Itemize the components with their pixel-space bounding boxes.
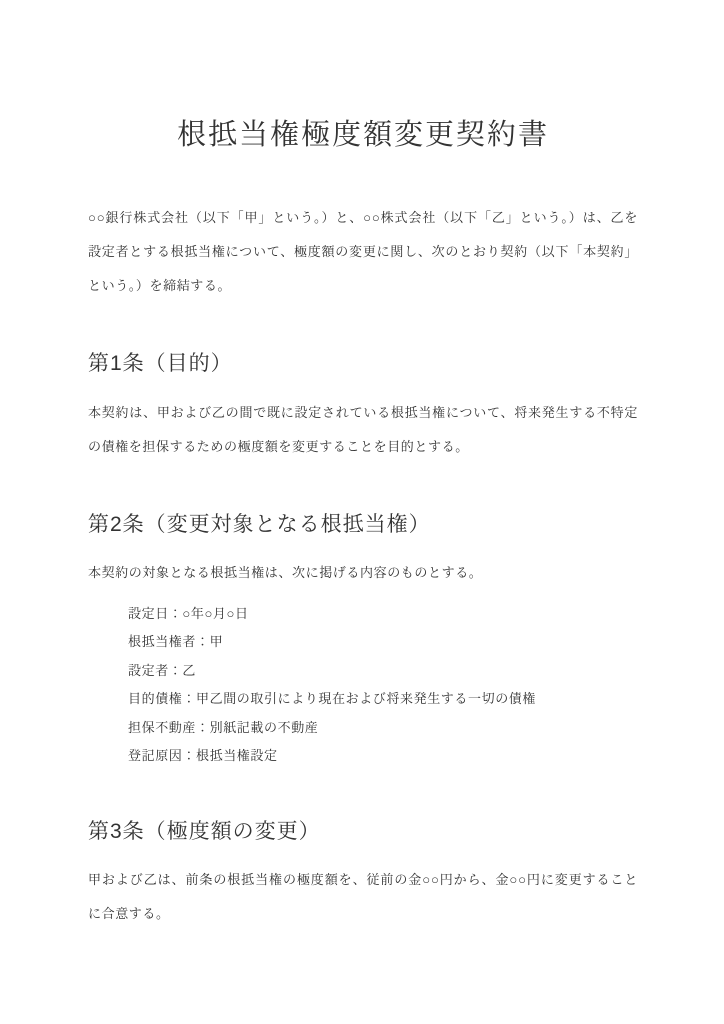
detail-item-mortgagee: 根抵当権者：甲	[128, 628, 638, 657]
document-page: 根抵当権極度額変更契約書 ○○銀行株式会社（以下「甲」という。）と、○○株式会社…	[0, 0, 724, 1024]
mortgage-details-list: 設定日：○年○月○日 根抵当権者：甲 設定者：乙 目的債権：甲乙間の取引により現…	[128, 600, 638, 771]
article-3-body: 甲および乙は、前条の根抵当権の極度額を、従前の金○○円から、金○○円に変更するこ…	[88, 863, 638, 931]
article-2-body: 本契約の対象となる根抵当権は、次に掲げる内容のものとする。	[88, 556, 638, 590]
detail-item-settlor: 設定者：乙	[128, 657, 638, 686]
detail-item-setting-date: 設定日：○年○月○日	[128, 600, 638, 629]
document-title: 根抵当権極度額変更契約書	[88, 116, 638, 155]
article-3-heading: 第3条（極度額の変更）	[88, 817, 638, 846]
intro-paragraph: ○○銀行株式会社（以下「甲」という。）と、○○株式会社（以下「乙」という。）は、…	[88, 201, 638, 303]
section-article-3: 第3条（極度額の変更） 甲および乙は、前条の根抵当権の極度額を、従前の金○○円か…	[88, 817, 638, 931]
section-article-1: 第1条（目的） 本契約は、甲および乙の間で既に設定されている根抵当権について、将…	[88, 349, 638, 463]
detail-item-collateral-property: 担保不動産：別紙記載の不動産	[128, 714, 638, 743]
detail-item-registration-cause: 登記原因：根抵当権設定	[128, 742, 638, 771]
article-1-body: 本契約は、甲および乙の間で既に設定されている根抵当権について、将来発生する不特定…	[88, 396, 638, 464]
section-article-2: 第2条（変更対象となる根抵当権） 本契約の対象となる根抵当権は、次に掲げる内容の…	[88, 510, 638, 771]
article-2-heading: 第2条（変更対象となる根抵当権）	[88, 510, 638, 539]
detail-item-secured-claims: 目的債権：甲乙間の取引により現在および将来発生する一切の債権	[128, 685, 638, 714]
article-1-heading: 第1条（目的）	[88, 349, 638, 378]
